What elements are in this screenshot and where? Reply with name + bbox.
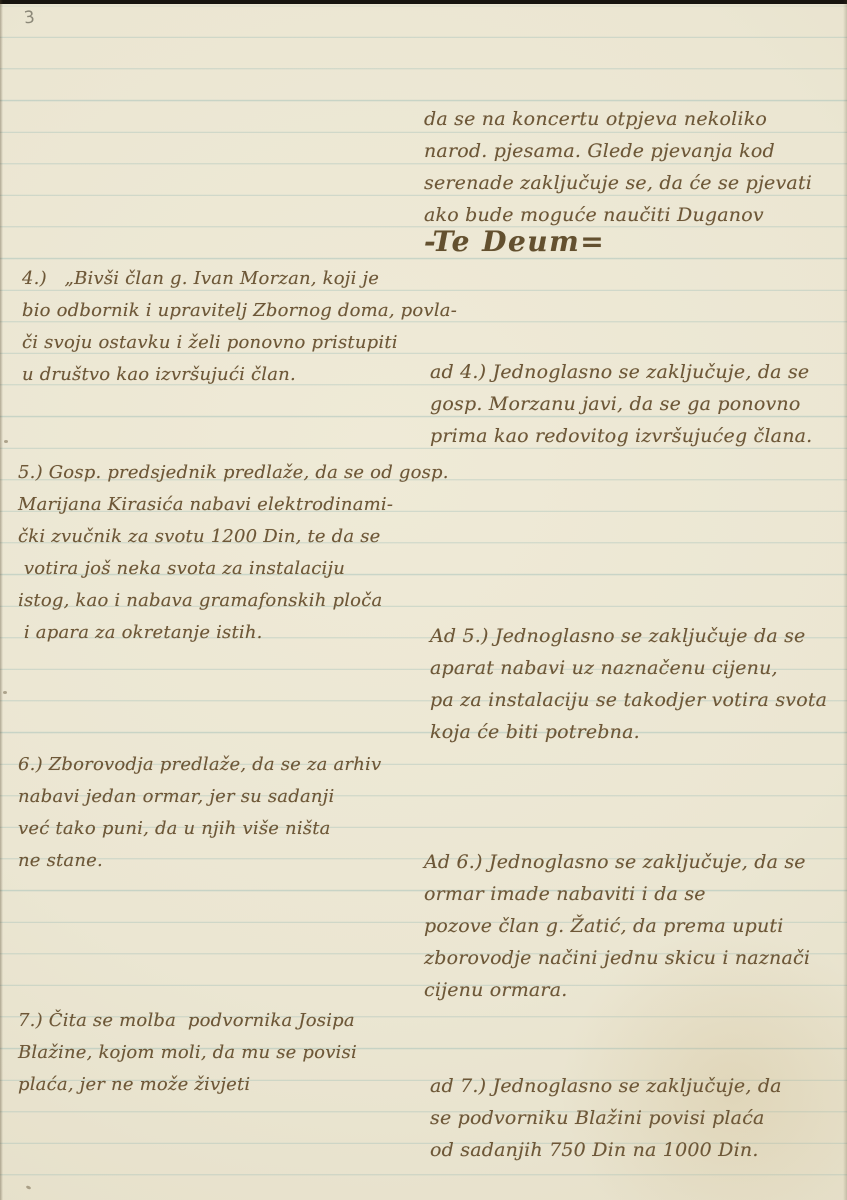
- ink-speck: [4, 440, 8, 443]
- page-right-edge-shadow: [843, 0, 847, 1200]
- ink-speck: [3, 691, 7, 694]
- page-left-edge-shadow: [0, 0, 3, 1200]
- paragraph-concert-continuation: da se na koncertu otpjeva nekoliko narod…: [424, 103, 812, 231]
- resolution-ad-6: Ad 6.) Jednoglasno se zaključuje, da se …: [424, 846, 810, 1006]
- resolution-ad-7: ad 7.) Jednoglasno se zaključuje, da se …: [430, 1070, 782, 1166]
- te-deum-emphasized-text: -Te Deum=: [424, 224, 605, 260]
- agenda-item-7: 7.) Čita se molba podvornika Josipa Blaž…: [18, 1005, 357, 1101]
- manuscript-page-photo: 3 da se na koncertu otpjeva nekoliko nar…: [0, 0, 847, 1200]
- ink-speck: [26, 1185, 32, 1190]
- resolution-ad-5: Ad 5.) Jednoglasno se zaključuje da se a…: [430, 620, 827, 748]
- agenda-item-5: 5.) Gosp. predsjednik predlaže, da se od…: [18, 457, 449, 649]
- resolution-ad-4: ad 4.) Jednoglasno se zaključuje, da se …: [430, 356, 812, 452]
- agenda-item-6: 6.) Zborovodja predlaže, da se za arhiv …: [18, 749, 381, 877]
- photo-top-edge: [0, 0, 847, 4]
- agenda-item-4: 4.) „Bivši član g. Ivan Morzan, koji je …: [22, 263, 457, 391]
- page-number: 3: [23, 7, 36, 28]
